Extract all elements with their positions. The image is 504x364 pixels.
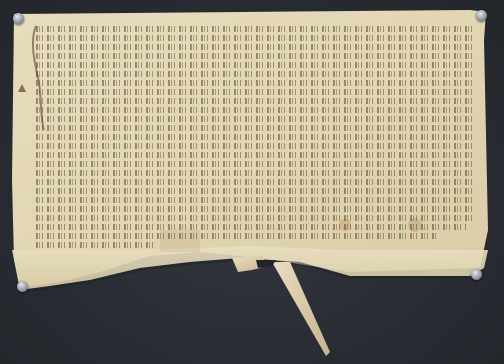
pin-top-right [476, 10, 487, 21]
handwritten-text-block [36, 22, 476, 272]
pin-bottom-left [17, 281, 28, 292]
pin-top-left [13, 13, 24, 24]
pin-bottom-right [471, 269, 482, 280]
